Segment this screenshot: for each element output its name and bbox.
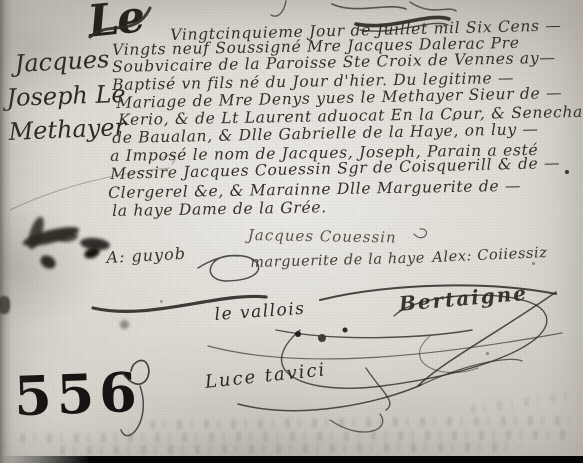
ink-smudge-dot	[120, 320, 129, 329]
vallois-underline	[276, 330, 472, 338]
page-number: 556	[13, 360, 143, 428]
signature-le-vallois: le vallois	[214, 299, 306, 325]
bleed-through-text	[20, 430, 568, 443]
ink-blob	[343, 328, 348, 333]
bottom-scan-bar	[0, 456, 583, 463]
tavici-flourish	[330, 414, 383, 432]
ink-blob	[318, 334, 326, 342]
signature-marguerite-de-la-haye: marguerite de la haye	[250, 250, 425, 271]
tavici-flourish	[421, 359, 522, 385]
tavici-flourish	[238, 385, 421, 411]
signature-alex-couessin: Alex: Coiiessiz	[432, 245, 548, 266]
margin-name-line-2: Joseph Le	[6, 80, 126, 112]
bleed-through-text	[150, 416, 570, 429]
ink-dot	[532, 262, 535, 265]
vallois-underline	[208, 333, 562, 359]
tavici-flourish	[366, 368, 390, 410]
top-fragment-stroke	[271, 1, 286, 16]
ink-smudge-stroke	[38, 253, 58, 271]
ink-blob	[295, 331, 301, 337]
top-fragment-stroke	[410, 2, 456, 11]
margin-name-line-1: Jacques	[14, 45, 110, 78]
body-line-11: la haye Dame de la Grée.	[112, 198, 327, 220]
edge-ink-blob	[0, 296, 10, 314]
parish-register-scan: Jacques Joseph Le Methayer Le Vingtcinqu…	[0, 0, 583, 463]
ink-dot	[452, 118, 455, 121]
page-gutter-shadow	[0, 0, 12, 463]
signature-luce-tavici: Luce tavici	[204, 359, 327, 393]
bleed-through-text	[470, 391, 570, 414]
signature-bertaigne: Bertaigne	[398, 281, 529, 316]
bertaigne-flourish	[419, 336, 478, 373]
bleed-through-text	[60, 442, 520, 455]
ink-dot	[160, 300, 163, 303]
margin-name-line-3: Methayer	[8, 113, 127, 146]
top-fragment-stroke	[332, 4, 406, 9]
ink-dot	[565, 170, 569, 174]
signature-guyot: A: guyob	[106, 244, 186, 267]
couessin-paraph	[414, 229, 426, 238]
signature-jacques-couessin: Jacques Couessin	[248, 226, 397, 247]
ink-dot	[486, 352, 489, 355]
